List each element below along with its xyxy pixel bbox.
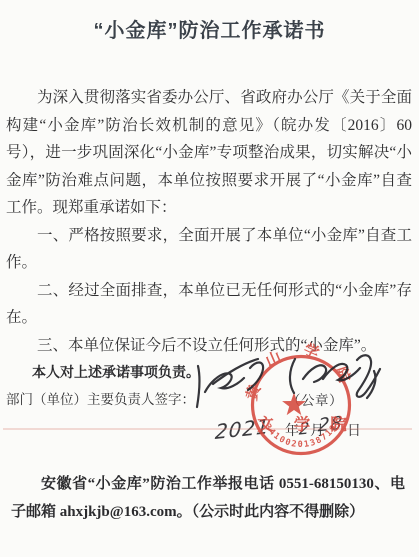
signature-stroke: [205, 373, 244, 392]
commitment-statement: 本人对上述承诺事项负责。: [32, 359, 200, 387]
handwritten-day: 28: [317, 413, 343, 437]
scanned-document-page: “小金库”防治工作承诺书 为深入贯彻落实省委办公厅、省政府办公厅《关于全面构建“…: [0, 0, 419, 557]
date-year-label: 年: [285, 420, 299, 440]
item-2-paragraph: 二、经过全面排查，本单位已无任何形式的“小金库”存在。: [6, 277, 412, 332]
item-1-paragraph: 一、严格按照要求，全面开展了本单位“小金库”自查工作。: [6, 222, 412, 277]
item-3-paragraph: 三、本单位保证今后不设立任何形式的“小金库”。: [6, 332, 412, 360]
official-seal-note: （公章）: [287, 389, 343, 409]
signature-stroke: [357, 355, 380, 397]
signature-stroke: [213, 359, 258, 384]
signature-stroke: [323, 364, 360, 380]
document-body: 为深入贯彻落实省委办公厅、省政府办公厅《关于全面构建“小金库”防治长效机制的意见…: [6, 84, 412, 359]
scan-artifact-line: [3, 428, 412, 430]
signature-stroke: [248, 362, 263, 390]
signature-stroke: [290, 359, 295, 393]
signature-stroke: [303, 365, 326, 382]
signature-stroke: [367, 371, 375, 398]
document-title: “小金库”防治工作承诺书: [0, 16, 419, 46]
date-day-label: 日: [347, 420, 361, 440]
hotline-footer: 安徽省“小金库”防治工作举报电话 0551-68150130、电子邮箱 ahxj…: [11, 471, 405, 526]
intro-paragraph: 为深入贯彻落实省委办公厅、省政府办公厅《关于全面构建“小金库”防治长效机制的意见…: [6, 84, 412, 222]
signature-label: 部门（单位）主要负责人签字：: [6, 386, 195, 414]
